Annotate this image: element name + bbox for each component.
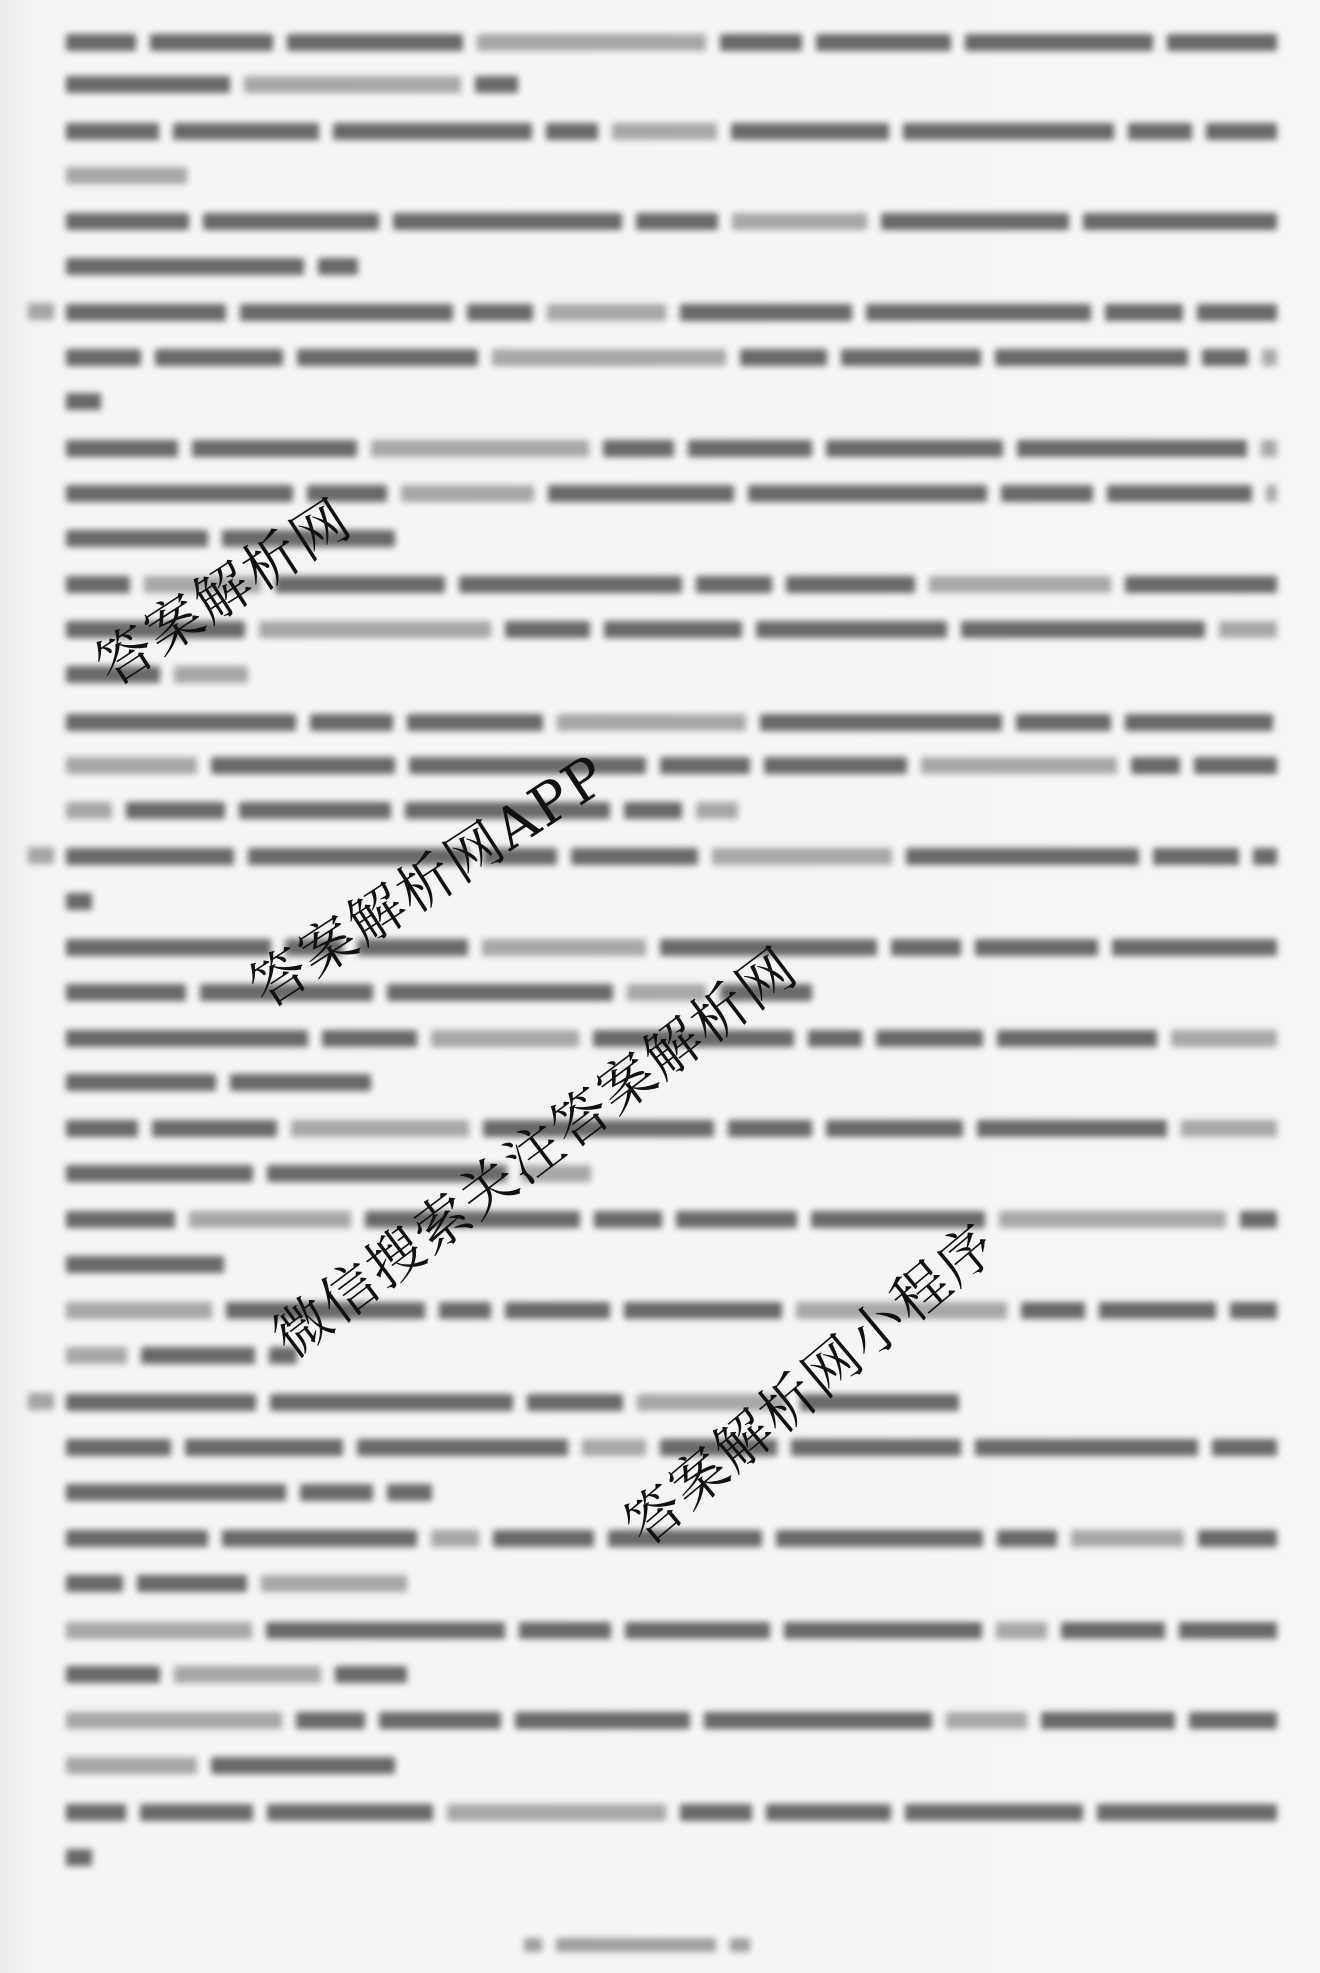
text-line [66,712,1291,732]
text-line [66,1710,1291,1730]
question-number [28,847,54,864]
text-line [66,619,1291,639]
text-line [66,256,372,276]
text-line [66,74,532,94]
text-line [66,483,1291,503]
text-line [66,1755,421,1775]
text-line [66,1209,1291,1229]
page-footer [524,1937,799,1953]
text-line [66,1072,385,1092]
blurred-text-body [0,0,1320,1973]
text-line [66,1573,421,1593]
text-line [66,1254,238,1274]
text-line [66,1345,311,1365]
text-line [66,1118,1291,1138]
text-line [66,347,1291,367]
text-line [66,391,115,411]
text-line [66,32,1291,52]
question-number [28,1393,54,1410]
text-line [66,1802,1291,1822]
text-line [66,800,752,820]
text-line [66,438,1291,458]
text-line [66,121,1291,141]
text-line [66,755,1291,775]
text-line [66,165,201,185]
text-line [66,211,1291,231]
question-number [28,303,54,320]
text-line [66,891,106,911]
text-line [66,1847,106,1867]
text-line [66,1300,1291,1320]
text-line [66,846,1291,866]
text-line [66,1620,1291,1640]
text-line [66,1482,446,1502]
document-page: 答案解析网 答案解析网APP 微信搜索关注答案解析网 答案解析网小程序 [0,0,1320,1973]
text-line [66,1664,421,1684]
text-line [66,937,1291,957]
text-line [66,302,1291,322]
